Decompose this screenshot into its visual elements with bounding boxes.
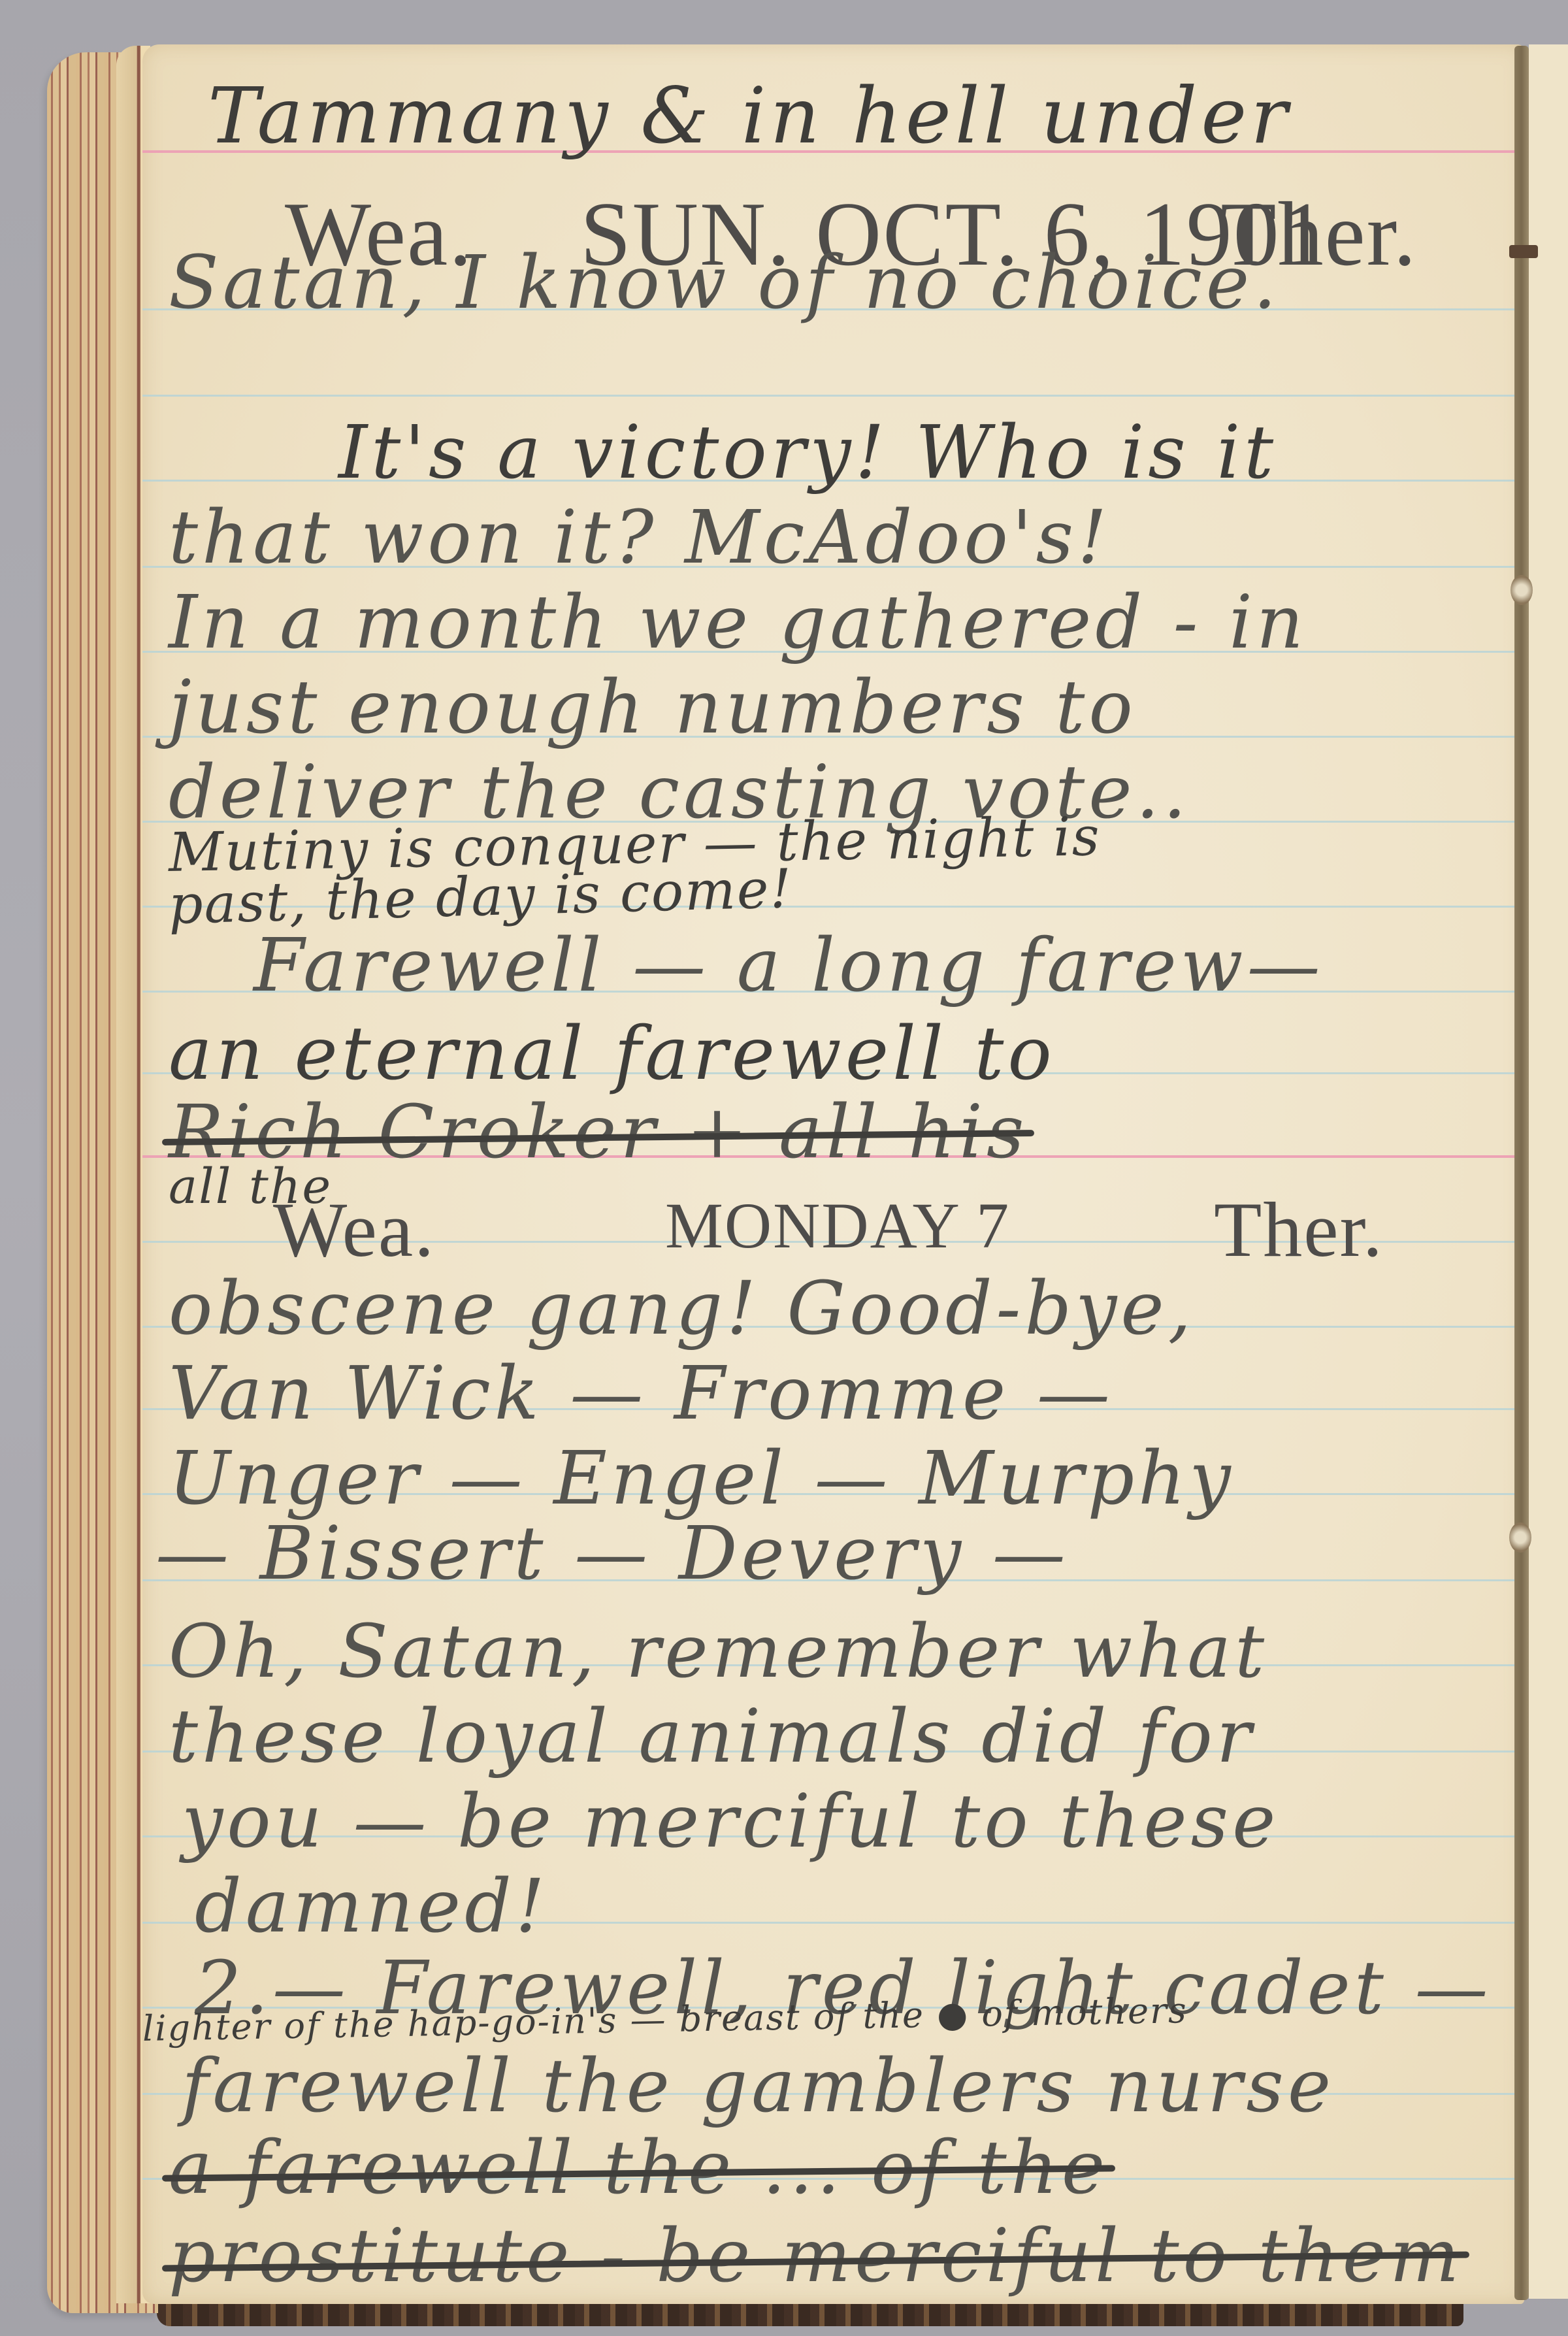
binding-stitch-icon xyxy=(1511,575,1533,605)
diary-line: It's a victory! Who is it xyxy=(338,410,1277,495)
binding-gutter xyxy=(1514,46,1529,2300)
diary-line: just enough numbers to xyxy=(169,665,1137,750)
facing-page-edge xyxy=(1529,44,1568,2299)
diary-page: Tammany & in hell under Wea. SUN. OCT. 6… xyxy=(142,44,1524,2304)
binding-stitch-icon xyxy=(1509,1522,1531,1553)
diary-line: Unger — Engel — Murphy xyxy=(169,1436,1235,1521)
diary-line: these loyal animals did for xyxy=(169,1694,1255,1779)
diary-line: damned! xyxy=(195,1864,549,1949)
diary-line: Van Wick — Fromme — xyxy=(169,1351,1114,1436)
struck-text: a farewell the ... of the xyxy=(169,2126,1109,2211)
struck-text: prostitute - be merciful to them xyxy=(169,2214,1463,2299)
date-heading: MONDAY 7 xyxy=(665,1188,1010,1263)
weather-label: Wea. xyxy=(273,1185,435,1275)
struck-line: a farewell the ... of the xyxy=(169,2126,1109,2211)
diary-line: Satan, I know of no choice. xyxy=(169,240,1281,325)
diary-line: obscene gang! Good-bye, xyxy=(169,1266,1195,1351)
diary-line: that won it? McAdoo's! xyxy=(169,495,1111,580)
binding-thread-icon xyxy=(1509,245,1538,258)
diary-line: In a month we gathered - in xyxy=(169,580,1307,665)
overflow-line: Tammany & in hell under xyxy=(208,71,1292,161)
thermometer-label: Ther. xyxy=(1214,1185,1384,1275)
diary-line: farewell the gamblers nurse xyxy=(182,2044,1335,2129)
diary-line: — Bissert — Devery — xyxy=(155,1511,1070,1596)
diary-line: Farewell — a long farew— xyxy=(253,923,1324,1008)
diary-line: an eternal farewell to xyxy=(169,1012,1056,1096)
blue-rule xyxy=(142,395,1524,397)
struck-line: prostitute - be merciful to them xyxy=(169,2214,1463,2299)
diary-line: Oh, Satan, remember what xyxy=(169,1609,1268,1694)
diary-line: you — be merciful to these xyxy=(182,1779,1279,1864)
